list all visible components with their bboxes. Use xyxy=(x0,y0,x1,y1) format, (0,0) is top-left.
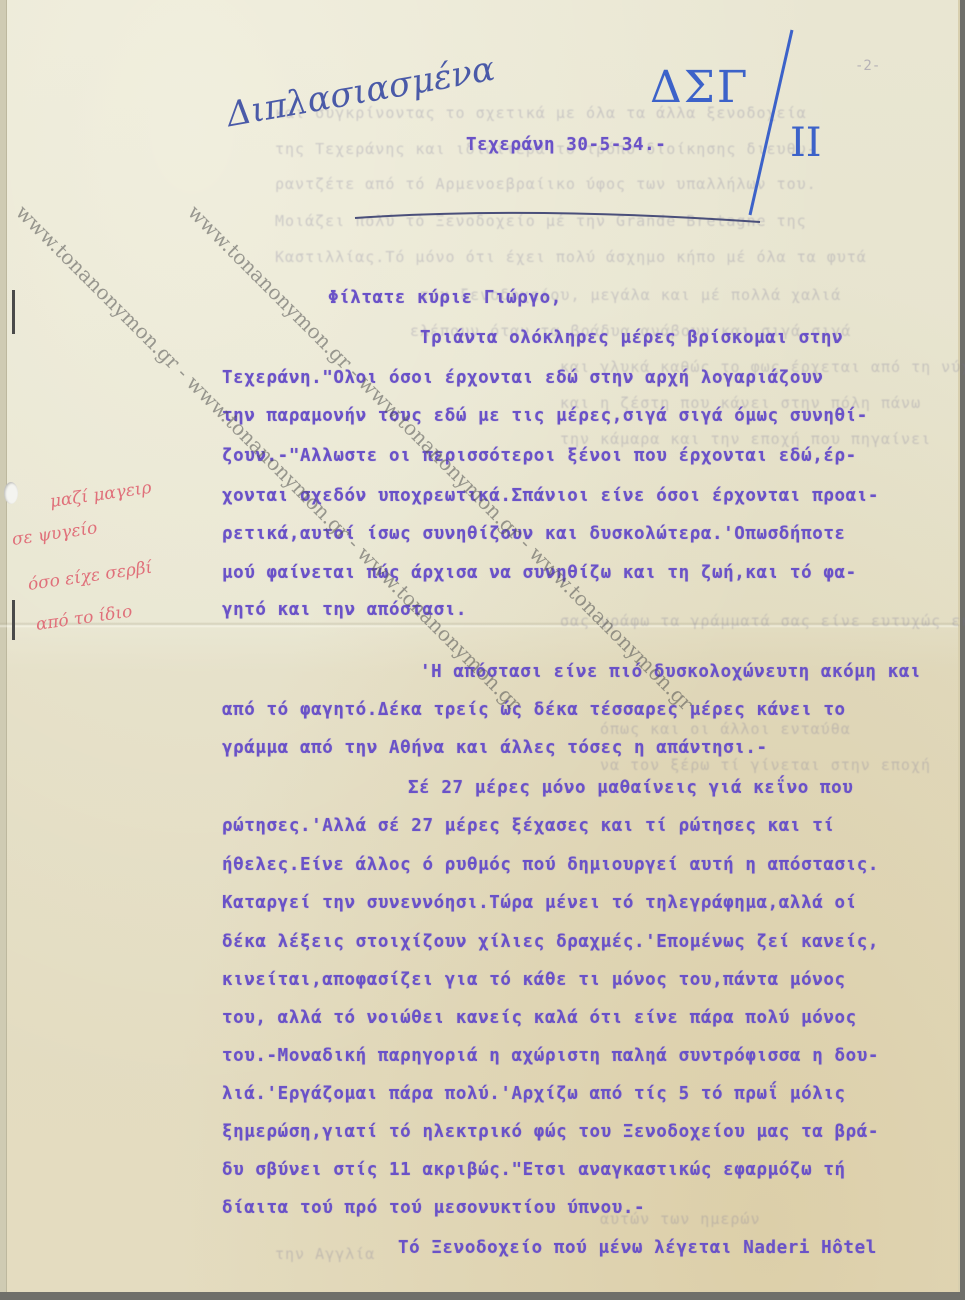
letter-line: δυ σβύνει στίς 11 ακριβώς."Ετσι αναγκαστ… xyxy=(222,1160,846,1180)
letter-line: γράμμα από την Αθήνα και άλλες τόσες η α… xyxy=(222,738,768,758)
margin-note-line: από το ίδιο xyxy=(35,602,134,635)
letter-line: Τριάντα ολόκληρες μέρες βρίσκομαι στην xyxy=(420,328,843,348)
bleed-through-line: την Αγγλία xyxy=(275,1245,375,1263)
letter-line: από τό φαγητό.Δέκα τρείς ώς δέκα τέσσαρε… xyxy=(222,700,846,720)
punch-hole xyxy=(4,482,18,504)
letter-line: ξημερώση,γιατί τό ηλεκτρικό φώς του Ξενο… xyxy=(222,1122,879,1142)
margin-note-line: μαζί μαγειρ xyxy=(49,478,153,512)
bleed-through-line: Καστιλλίας.Τό μόνο ότι έχει πολύ άσχημο … xyxy=(275,248,867,266)
letter-line: Τεχεράνη."Ολοι όσοι έρχονται εδώ στην αρ… xyxy=(222,368,823,388)
letter-page: -2- και συγκρίνοντας το σχετικά με όλα τ… xyxy=(0,0,960,1292)
handwritten-note-top-left: Διπλασιασμένα xyxy=(224,49,498,136)
staple-mark xyxy=(12,290,15,334)
handwritten-stamp: ΔΣΓ xyxy=(650,62,749,113)
letter-line: την παραμονήν τους εδώ με τις μέρες,σιγά… xyxy=(222,406,868,426)
page-number-mark: -2- xyxy=(855,58,880,74)
margin-note-line: όσο είχε σερβί xyxy=(27,558,154,595)
letter-line: δέκα λέξεις στοιχίζουν χίλιες δραχμές.'Ε… xyxy=(222,932,879,952)
letter-line: ρώτησες.'Αλλά σέ 27 μέρες ξέχασες και τί… xyxy=(222,816,834,836)
letter-line: λιά.'Εργάζομαι πάρα πολύ.'Αρχίζω από τίς… xyxy=(222,1084,846,1104)
margin-note-line: σε ψυγείο xyxy=(11,518,99,550)
bleed-through-line: όπως και οι άλλοι ενταύθα xyxy=(600,720,851,738)
letter-line: Τό Ξενοδοχείο πού μένω λέγεται Naderi Hô… xyxy=(398,1238,877,1258)
letter-line: Καταργεί την συνεννόησι.Τώρα μένει τό τη… xyxy=(222,893,857,913)
bleed-through-line: να τον ξέρω τί γίνεται στην εποχή xyxy=(600,756,931,774)
salutation: Φίλτατε κύριε Γιώργο, xyxy=(328,288,562,308)
letter-line: Σέ 27 μέρες μόνο μαθαίνεις γιά κεΐνο που xyxy=(408,778,853,798)
letter-line: δίαιτα τού πρό τού μεσονυκτίου ύπνου.- xyxy=(222,1198,645,1218)
bleed-through-line: ραντζέτε από τό Αρμενοεβραίικο ύφος των … xyxy=(275,175,817,193)
letter-line: του.-Μοναδική παρηγοριά η αχώριστη παληά… xyxy=(222,1046,879,1066)
letter-line: του, αλλά τό νοιώθει κανείς καλά ότι είν… xyxy=(222,1008,857,1028)
letter-line: κινείται,αποφασίζει για τό κάθε τι μόνος… xyxy=(222,970,846,990)
letter-line: ζουν.-"Αλλωστε οι περισσότεροι ξένοι που… xyxy=(222,446,857,466)
staple-mark xyxy=(12,600,15,640)
place-date: Τεχεράνη 30-5-34.- xyxy=(466,135,666,155)
letter-line: ήθελες.Είνε άλλος ό ρυθμός πού δημιουργε… xyxy=(222,855,879,875)
pencil-underline xyxy=(350,200,770,230)
page-left-edge xyxy=(0,0,7,1292)
